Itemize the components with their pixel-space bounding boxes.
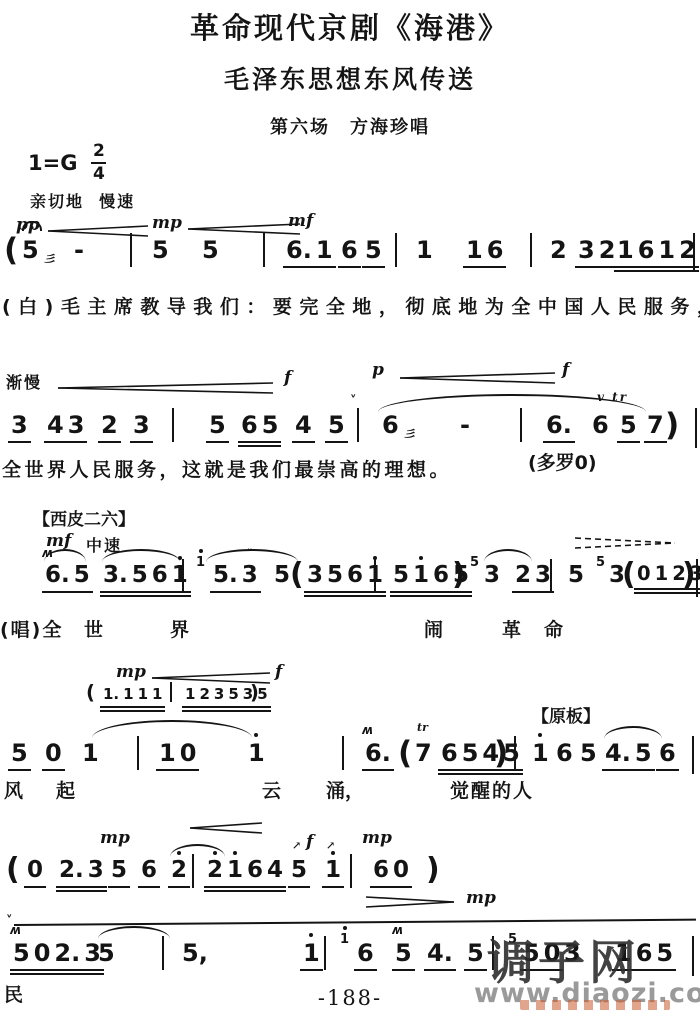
parenthesis: ( (398, 736, 412, 770)
note-digit: 5 (393, 563, 409, 588)
lyric-text: 云 (262, 776, 281, 803)
note-token: 32 (575, 237, 618, 268)
beam-group: 3 (130, 412, 153, 443)
note-digit: 6 (373, 858, 389, 883)
lyric-text: 全世界人民服务，这就是我们最崇高的理想。 (2, 455, 452, 482)
ornament-mark: ↗ (292, 840, 301, 852)
note-token: 3.561 (100, 563, 191, 593)
note-token: 6.ʍ (362, 740, 394, 771)
note-digit: 5 (462, 740, 479, 766)
note-token: 1612 (614, 237, 699, 268)
song-title: 毛泽东思想东风传送 (0, 60, 700, 96)
percussion-syllable: (多罗0) (528, 448, 597, 475)
note-token: 5 (206, 412, 229, 443)
slur-arc (170, 844, 225, 857)
note-token: 6 (338, 237, 361, 268)
note-token: 7tr (413, 740, 434, 766)
note-digit: 1 (466, 237, 483, 263)
section-label: 【原板】 (532, 702, 600, 727)
note-digit: 1 (617, 237, 634, 263)
note-digit: 6 (487, 237, 504, 263)
bar-line (342, 736, 344, 770)
parenthesis: ( (86, 682, 95, 703)
note-token: 3 (8, 412, 31, 443)
bar-line (350, 854, 352, 888)
note-digit: 0 (637, 563, 651, 585)
note-digit: 5 (656, 940, 673, 966)
note-digit: 2. (54, 940, 80, 966)
meter-denominator: 4 (93, 166, 105, 183)
note-digit: 1 (159, 740, 176, 766)
note-token: 43 (44, 412, 87, 443)
time-signature: 2 4 (91, 143, 106, 183)
hairpin-crescendo (188, 223, 300, 235)
parenthesis: ) (426, 854, 440, 887)
dynamic-p: p (372, 360, 384, 380)
note-digit: 5 (228, 686, 238, 703)
bar-line (182, 559, 184, 593)
score-page: 革命现代京剧《海港》 毛泽东思想东风传送 第六场 方海珍唱 1=G 2 4 亲切… (0, 0, 700, 1020)
system-line (14, 919, 696, 926)
note-digit: 6 (441, 740, 458, 766)
note-digit: 6 (382, 412, 399, 438)
note-token: 23 (512, 563, 554, 593)
note-token: 1 (80, 740, 101, 766)
bar-line (170, 682, 172, 702)
note-token: 4. (424, 940, 456, 971)
beam-group: 6545 (438, 740, 523, 771)
note-digit: 1 (316, 237, 333, 263)
note-digit: 3 (578, 237, 595, 263)
lyric-text: 风 (4, 776, 23, 803)
slur-arc (98, 926, 170, 939)
beam-group: 6 (354, 940, 377, 971)
note-digit: - (460, 412, 470, 438)
note-digit: 3 (307, 563, 323, 588)
note-token: 6 (656, 740, 679, 771)
beam-group: 0 (24, 858, 46, 888)
note-token: 1 (300, 940, 323, 971)
note-token: 6 (354, 940, 377, 971)
note-digit: 5 (470, 556, 479, 570)
note-token: 5 (108, 858, 130, 888)
note-token: 65 (238, 412, 281, 443)
note-digit: 5. (213, 563, 238, 588)
note-token: 5 (617, 412, 640, 443)
note-digit: 5 (111, 858, 127, 883)
parenthesis: ) (494, 736, 508, 770)
score-header: 革命现代京剧《海港》 毛泽东思想东风传送 第六场 方海珍唱 (0, 0, 700, 139)
note-digit: 5 (580, 740, 597, 766)
bar-line (696, 559, 698, 597)
note-digit: 6. (286, 237, 312, 263)
note-digit: 1 (185, 686, 195, 703)
note-digit: 6 (357, 940, 374, 966)
note-digit: 5 (262, 412, 279, 438)
note-token: 2 (548, 237, 569, 263)
note-digit: 3 (535, 563, 551, 588)
beam-group: 6. (362, 740, 394, 771)
note-digit: 5 (568, 563, 584, 588)
meter-numerator: 2 (93, 143, 105, 160)
note-digit: 5 (596, 556, 605, 570)
dynamic-f: f (275, 662, 282, 682)
note-digit: 1 (248, 740, 265, 766)
note-digit: 5 (274, 563, 290, 588)
note-digit: 5 (22, 237, 39, 263)
note-digit: 4 (267, 858, 283, 883)
bar-line (692, 936, 694, 976)
beam-group: 1 (322, 858, 344, 888)
note-digit: 0 (180, 740, 197, 766)
beam-group: 1 (300, 940, 323, 971)
trill-mark: v tr (597, 390, 628, 404)
note-token: 6 (590, 412, 611, 438)
note-token: 2164 (204, 858, 286, 888)
note-token: 5 (594, 556, 607, 570)
key-signature: 1=G 2 4 (28, 143, 106, 183)
scene-caption: 第六场 方海珍唱 (0, 113, 700, 139)
note-digit: 3 (133, 412, 150, 438)
beam-group: 43 (44, 412, 87, 443)
note-token: 2.3 (56, 858, 107, 888)
bar-line (162, 936, 164, 970)
bar-line (357, 408, 359, 442)
note-token: 5ʍ (392, 940, 415, 971)
bar-line (172, 408, 174, 442)
beam-group: 16 (463, 237, 506, 268)
beam-group: 6.5 (42, 563, 93, 593)
note-token: 5↗ (288, 858, 310, 888)
note-digit: 6. (365, 740, 391, 766)
dynamic-mp: mp (116, 662, 146, 682)
note-digit: 1 (303, 940, 320, 966)
beam-group: 2 (98, 412, 121, 443)
hairpin-decrescendo (575, 537, 675, 549)
note-digit: 0 (45, 740, 62, 766)
note-token: 3 (482, 563, 502, 588)
note-token: 6 (554, 740, 575, 766)
note-digit: 7 (647, 412, 664, 438)
beam-group: 1612 (614, 237, 699, 268)
parenthesis: ) (682, 559, 696, 592)
beam-group: 5 (325, 412, 348, 443)
bar-line (550, 559, 552, 593)
note-digit: 3 (88, 858, 104, 883)
parenthesis: ( (290, 559, 304, 592)
note-token: 1 (530, 740, 551, 766)
tremolo-icon: 彡 (402, 427, 418, 443)
note-digit: 6. (546, 412, 572, 438)
ornament-mark: ↗ (326, 840, 335, 852)
note-digit: 2 (199, 686, 209, 703)
beam-group: 5 (108, 858, 130, 888)
lyric-text: (白)毛主席教导我们：要完全地，彻底地为全中国人民服务，为 (2, 292, 700, 319)
lyric-text: 革 (502, 615, 521, 642)
hairpin-crescendo (48, 225, 148, 237)
note-token: 1 (414, 237, 435, 263)
note-token: 0 (42, 740, 65, 771)
note-digit: 6 (141, 858, 157, 883)
beam-group: 5 (464, 940, 487, 971)
note-token: 5 (150, 237, 171, 263)
bar-line (520, 408, 522, 442)
beam-group: 1.111 (100, 686, 165, 708)
note-token: 5 (8, 740, 31, 771)
note-token: 7 (644, 412, 667, 443)
note-digit: 5 (635, 740, 652, 766)
hairpin-crescendo (400, 372, 555, 384)
beam-group: 5 (206, 412, 229, 443)
parenthesis: ( (4, 233, 18, 267)
note-token: 6 (138, 858, 160, 888)
beam-group: 5.3˅ (210, 563, 261, 593)
beam-group: 7 (644, 412, 667, 443)
beam-group: 2 (168, 858, 190, 888)
note-digit: 6 (347, 563, 363, 588)
note-digit: 1 (138, 686, 148, 703)
bar-line (130, 233, 132, 267)
note-digit: 1 (227, 858, 243, 883)
note-digit: 5 (467, 940, 484, 966)
note-token: 5 (578, 740, 599, 766)
note-token: 10 (156, 740, 199, 771)
note-digit: 0 (27, 858, 43, 883)
bar-line (530, 233, 532, 267)
note-digit: 3 (214, 686, 224, 703)
bar-line (374, 559, 376, 593)
note-token: 4 (292, 412, 315, 443)
note-digit: 2 (171, 858, 187, 883)
tempo-mark: 渐慢 (6, 370, 42, 393)
note-digit: 5 (132, 563, 148, 588)
note-digit: - (74, 237, 84, 263)
note-token: 6彡 (380, 412, 401, 438)
note-token: 16 (463, 237, 506, 268)
note-digit: 1. (103, 686, 119, 703)
note-digit: 5 (11, 740, 28, 766)
lyric-text: 命 (544, 615, 563, 642)
slur-arc (604, 726, 662, 739)
note-token: 60 (370, 858, 412, 888)
note-token: 3 (130, 412, 153, 443)
note-token: 5 (200, 237, 221, 263)
note-digit: 5 (209, 412, 226, 438)
note-digit: 6 (638, 237, 655, 263)
note-digit: 2 (599, 237, 616, 263)
tremolo-icon: ʍ (392, 924, 402, 937)
beam-group: 6 (338, 237, 361, 268)
parenthesis: ) (452, 559, 466, 592)
note-digit: 5 (620, 412, 637, 438)
note-token: 5 (464, 940, 487, 971)
note-digit: 1 (172, 563, 188, 588)
note-digit: 1 (416, 237, 433, 263)
note-token: 5 (566, 563, 586, 588)
bar-line (395, 233, 397, 267)
bar-line (192, 854, 194, 888)
note-digit: 4 (295, 412, 312, 438)
note-token: 6545 (438, 740, 523, 771)
note-digit: 4. (427, 940, 453, 966)
lyric-text: 闹 (424, 615, 443, 642)
note-digit: 2 (101, 412, 118, 438)
note-digit: 1 (152, 686, 162, 703)
lyric-text: 觉醒的人 (450, 776, 534, 803)
beam-group: 2.3 (56, 858, 107, 888)
note-digit: 6 (556, 740, 573, 766)
note-digit: 1 (413, 563, 429, 588)
note-token: 5 (96, 940, 117, 966)
tremolo-icon: ʍ (10, 924, 20, 937)
beam-group: 10 (156, 740, 199, 771)
beam-group: 32 (575, 237, 618, 268)
note-token: 6.1 (283, 237, 336, 268)
beam-group: 502.3 (10, 940, 104, 971)
bar-line (263, 233, 265, 267)
note-token: 5彡 (20, 237, 41, 263)
dynamic-f: f (306, 832, 313, 852)
note-digit: 5, (182, 940, 208, 966)
note-digit: 1 (325, 858, 341, 883)
note-token: 5, (180, 940, 210, 966)
note-digit: 2 (550, 237, 567, 263)
lyric-text: 界 (170, 615, 189, 642)
beam-group: 5 (288, 858, 310, 888)
beam-group: 60 (370, 858, 412, 888)
beam-group: 0 (42, 740, 65, 771)
beam-group: 2164 (204, 858, 286, 888)
note-digit: 1 (340, 933, 349, 947)
beam-group: 6 (656, 740, 679, 771)
note-digit: 3˅ (242, 563, 258, 588)
hairpin-decrescendo (366, 896, 454, 908)
lyric-text: 民 (4, 980, 23, 1007)
ornament-mark: tr (417, 722, 428, 734)
note-token: 1 (338, 933, 351, 947)
note-token: 502.3ʍ (10, 940, 104, 971)
beam-group: 4.5 (602, 740, 655, 771)
beam-group: 6.1 (283, 237, 336, 268)
parenthesis: ( (6, 854, 20, 887)
bar-line (137, 736, 139, 770)
note-token: - (458, 412, 472, 438)
beam-group: 65 (238, 412, 281, 443)
note-digit: 5 (98, 940, 115, 966)
lyric-text: (唱)全 (0, 615, 63, 642)
parenthesis: ) (665, 408, 679, 442)
dynamic-mp: mp (100, 828, 130, 848)
bar-line (695, 408, 697, 448)
note-digit: 5 (74, 563, 90, 588)
note-digit: 1 (196, 556, 205, 570)
beam-group: 5 (617, 412, 640, 443)
note-digit: 3 (484, 563, 500, 588)
key-text: 1=G (28, 151, 77, 175)
slur-arc (206, 549, 298, 562)
note-digit: 6 (241, 412, 258, 438)
opera-title: 革命现代京剧《海港》 (0, 6, 700, 47)
note-token: 5 (468, 556, 481, 570)
beam-group: 3.561 (100, 563, 191, 593)
note-digit: 5 (291, 858, 307, 883)
note-digit: 5 (152, 237, 169, 263)
parenthesis: ) (250, 682, 259, 703)
note-token: 5 (272, 563, 292, 588)
note-digit: 3 (68, 412, 85, 438)
note-digit: 1 (532, 740, 549, 766)
note-digit: 5 (13, 940, 30, 966)
note-token: 4.5 (602, 740, 655, 771)
lyric-text: 涌， (326, 776, 364, 803)
note-token: 5 (362, 237, 385, 268)
note-digit: 6 (433, 563, 449, 588)
note-digit: 4. (605, 740, 631, 766)
note-token: 2 (168, 858, 190, 888)
note-digit: 0 (34, 940, 51, 966)
note-token: 5 (325, 412, 348, 443)
bar-line (324, 936, 326, 970)
note-digit: 2 (207, 858, 223, 883)
watermark-accent (520, 1000, 670, 1010)
beam-group: 3 (8, 412, 31, 443)
note-digit: 6 (341, 237, 358, 263)
note-digit: 5 (365, 237, 382, 263)
hairpin-crescendo (190, 822, 262, 834)
note-digit: 7 (415, 740, 432, 766)
slur-arc (484, 549, 532, 562)
note-digit: 6 (659, 740, 676, 766)
tremolo-icon: 彡 (42, 252, 58, 268)
note-token: 1 (194, 556, 207, 570)
note-token: 1.111 (100, 686, 165, 708)
note-digit: 6 (592, 412, 609, 438)
beam-group: 4. (424, 940, 456, 971)
beam-group: 6 (138, 858, 160, 888)
section-label: 【西皮二六】 (33, 505, 135, 530)
bar-line (692, 736, 694, 774)
note-digit: 5 (327, 563, 343, 588)
note-digit: 1 (82, 740, 99, 766)
tempo-mark: 亲切地 慢速 (30, 189, 135, 212)
beam-group: 5 (362, 237, 385, 268)
breath-mark: ˅ (350, 394, 357, 409)
lyric-text: 起 (56, 776, 75, 803)
note-digit: 1 (655, 563, 669, 585)
note-token: 6. (543, 412, 575, 443)
dynamic-f: f (562, 360, 569, 380)
fermata-icon (22, 221, 42, 231)
note-token: 1 (246, 740, 267, 766)
tremolo-icon: ʍ (362, 724, 372, 737)
note-token: - (72, 237, 86, 263)
beam-group: 6. (543, 412, 575, 443)
note-digit: 5 (202, 237, 219, 263)
note-digit: 6 (152, 563, 168, 588)
note-digit: 2 (515, 563, 531, 588)
dynamic-mp: mp (466, 888, 496, 908)
note-token: 5.3˅ (210, 563, 261, 593)
dynamic-mf: mf (288, 211, 313, 231)
lyric-text: 世 (84, 615, 103, 642)
bar-line (514, 736, 516, 770)
note-token: 0 (24, 858, 46, 888)
note-digit: 5 (395, 940, 412, 966)
note-digit: 5 (328, 412, 345, 438)
note-digit: 6. (45, 563, 70, 588)
note-token: 6.5ʍ (42, 563, 93, 593)
note-digit: 6 (247, 858, 263, 883)
